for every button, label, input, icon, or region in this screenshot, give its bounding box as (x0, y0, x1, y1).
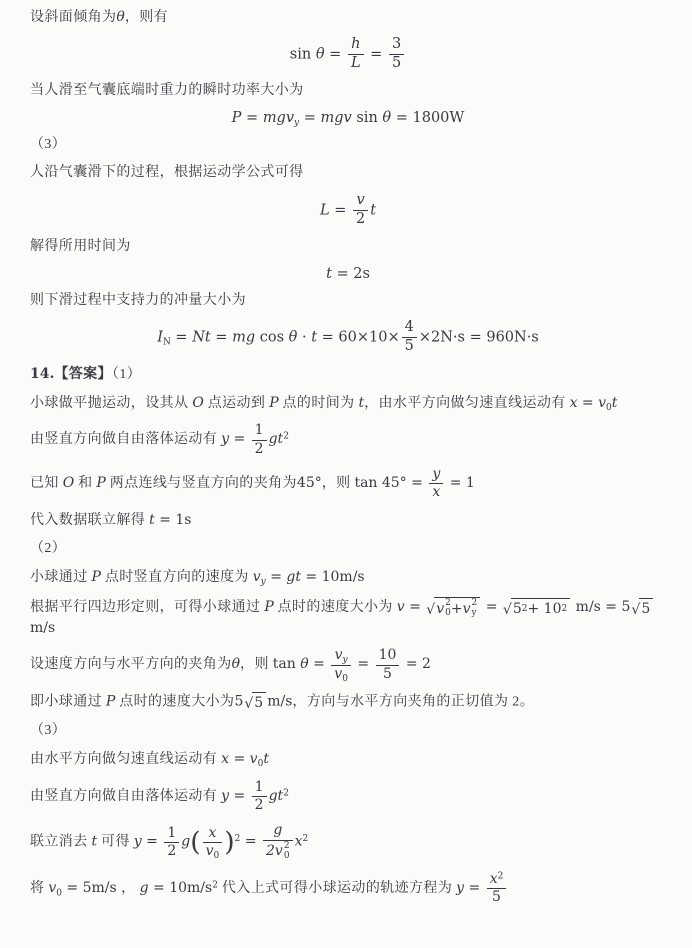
math-var: v (598, 395, 606, 411)
subscript: y (343, 655, 348, 665)
radical-sign: √ (244, 697, 253, 712)
fraction: 12 (252, 780, 267, 814)
fraction: yx (429, 467, 443, 501)
math-run: ×2N·s = 960N·s (419, 329, 539, 345)
math-var: P (269, 395, 278, 411)
question-number: 14. (30, 366, 54, 382)
text-run: 联立消去 (30, 835, 92, 850)
label-part2-q14: （2） (30, 540, 666, 558)
text-run: 小球做平抛运动，设其从 (30, 396, 192, 411)
frac-denominator: 2 (252, 441, 267, 457)
frac-numerator: 10 (376, 648, 400, 665)
frac-denominator: 5 (376, 666, 400, 682)
text-run: ，则 (322, 476, 355, 491)
line-power-intro: 当人滑至气囊底端时重力的瞬时功率大小为 (30, 82, 666, 100)
formula-impulse: IN = Nt = mg cos θ · t = 60×10×45×2N·s =… (30, 320, 666, 355)
math-var: L (320, 202, 330, 218)
line-solve-time: 解得所用时间为 (30, 238, 666, 256)
heading-answer-14: 14.【答案】（1） (30, 365, 666, 384)
text-run: 点时的速度大小为 (274, 600, 397, 615)
text-run: 则下滑过程中支持力的冲量大小为 (30, 293, 246, 308)
math-run: = (325, 47, 346, 63)
superscript: 2 (498, 871, 504, 881)
math-run: = (309, 656, 330, 672)
math-run: = (481, 599, 502, 615)
math-var: v (436, 600, 444, 618)
math-run: = (229, 751, 250, 767)
math-run: = (142, 834, 163, 850)
text-run: 点的时间为 (279, 396, 359, 411)
math-run: = 10m/s (301, 569, 365, 585)
frac-denominator: 5 (487, 889, 507, 905)
subscript: y (472, 609, 478, 619)
frac-numerator: 4 (402, 320, 417, 338)
math-var: y (221, 431, 229, 447)
frac-denominator: v0 (203, 843, 223, 859)
math-var: P (264, 599, 273, 615)
fraction: 45 (402, 320, 417, 355)
math-run: 5 (513, 600, 522, 618)
label-part3-q13: （3） (30, 136, 666, 154)
text-run: 设速度方向与水平方向的夹角为 (30, 657, 232, 672)
math-run: = 5m/s ， (62, 880, 140, 896)
math-var: t (612, 395, 618, 411)
math-run: = (266, 569, 287, 585)
math-var: Nt (192, 329, 211, 345)
frac-denominator: 2 (252, 797, 267, 813)
math-run: 45° (297, 475, 322, 491)
frac-numerator: y (429, 467, 443, 484)
fraction: 35 (389, 37, 404, 72)
stacked-supsub: 2y (472, 599, 478, 619)
math-run: = (330, 202, 351, 218)
frac-denominator: 2 (353, 211, 368, 228)
math-var: y (134, 834, 142, 850)
math-run: = (241, 110, 262, 126)
math-var: θ (116, 9, 124, 25)
math-var: v (335, 647, 343, 663)
fraction: 105 (376, 648, 400, 682)
fraction: hL (348, 37, 364, 72)
text-run: 由竖直方向做自由落体运动有 (30, 789, 221, 804)
math-run: sin (290, 47, 316, 63)
math-run: = 60×10× (317, 329, 400, 345)
superscript: 2 (283, 788, 289, 798)
math-run: = 1 (445, 475, 475, 491)
math-run: = (366, 47, 387, 63)
text-run: 两点连线与竖直方向的夹角为 (106, 476, 297, 491)
text-run: 点运动到 (204, 396, 269, 411)
math-var: x (490, 871, 498, 887)
math-var: mg (232, 329, 255, 345)
subscript: 0 (284, 852, 290, 862)
math-var: 2v (266, 843, 283, 859)
math-run: = 2 (401, 656, 431, 672)
math-run: = (240, 834, 261, 850)
math-var: v (206, 843, 214, 859)
line-solve-t: 代入数据联立解得 t = 1s (30, 511, 666, 530)
text-run: 即小球通过 (30, 694, 106, 709)
frac-denominator: 5 (402, 338, 417, 355)
math-var: v (463, 600, 471, 618)
frac-numerator: v (353, 193, 368, 211)
math-run: = (171, 329, 192, 345)
math-run: = (464, 880, 485, 896)
subscript: 0 (214, 851, 220, 861)
formula-power: P = mgvy = mgv sin θ = 1800W (30, 110, 666, 126)
superscript: 2 (283, 432, 289, 442)
line-slide-process: 人沿气囊滑下的过程，根据运动学公式可得 (30, 164, 666, 182)
radical-sign: √ (631, 603, 640, 618)
math-run: = 2s (332, 266, 370, 282)
math-var: P (96, 475, 105, 491)
text-run: ，由水平方向做匀速直线运动有 (364, 396, 570, 411)
line-vertical-freefall-1: 由竖直方向做自由落体运动有 y = 12gt2 (30, 423, 666, 457)
text-run: 和 (74, 476, 96, 491)
math-var: v (397, 599, 405, 615)
math-var: P (106, 693, 115, 709)
text-run: 设斜面倾角为 (30, 10, 116, 25)
math-run: tan (273, 656, 300, 672)
line-trajectory: 将 v0 = 5m/s ， g = 10m/s2 代入上式可得小球运动的轨迹方程… (30, 872, 666, 906)
frac-numerator: x (203, 826, 223, 843)
frac-numerator: 1 (252, 423, 267, 440)
frac-numerator: 3 (389, 37, 404, 55)
math-var: t (370, 202, 376, 218)
text-run: 根据平行四边形定则，可得小球通过 (30, 600, 264, 615)
text-run: 将 (30, 881, 48, 896)
text-run: （3） (30, 137, 66, 152)
frac-numerator: vy (331, 648, 351, 665)
math-var: gt (286, 569, 301, 585)
line-incline-setup: 设斜面倾角为θ，则有 (30, 8, 666, 27)
formula-time: t = 2s (30, 266, 666, 282)
math-run: = (211, 329, 232, 345)
radicand: 52 + 102 (511, 598, 570, 618)
line-conclusion-p: 即小球通过 P 点时的速度大小为5√5m/s，方向与水平方向夹角的正切值为 2。 (30, 692, 666, 712)
math-var: gt (269, 431, 284, 447)
label-part3-q14: （3） (30, 722, 666, 740)
math-var: mgv (263, 110, 294, 126)
square-root: √v20 + v2y (426, 597, 480, 619)
formula-sin-theta: sin θ = hL = 35 (30, 37, 666, 72)
math-var: g (140, 880, 149, 896)
math-var: θ (232, 656, 240, 672)
left-paren: ( (190, 827, 200, 858)
right-paren: ) (224, 827, 234, 858)
text-run: 小球通过 (30, 570, 92, 585)
math-var: O (63, 475, 74, 491)
math-run: = 10m/s (149, 880, 213, 896)
fraction: 12 (252, 423, 267, 457)
square-root: √52 + 102 (503, 598, 570, 618)
text-run: 点时的速度大小为 (115, 694, 234, 709)
radical-sign: √ (426, 603, 435, 618)
math-var: O (192, 395, 203, 411)
math-run: sin (352, 110, 383, 126)
math-var: y (221, 788, 229, 804)
math-var: x (221, 751, 229, 767)
frac-numerator: g (263, 823, 293, 840)
math-run: = (353, 656, 374, 672)
math-var: v (334, 666, 342, 682)
square-root: √5 (631, 598, 653, 618)
frac-denominator: L (348, 55, 364, 72)
radicand: 5 (639, 598, 653, 618)
math-var: y (456, 880, 464, 896)
line-velocity-angle: 设速度方向与水平方向的夹角为θ，则 tan θ = vyv0 = 105 = 2 (30, 648, 666, 682)
line-horizontal-2: 由水平方向做匀速直线运动有 x = v0t (30, 750, 666, 769)
line-vertical-freefall-2: 由竖直方向做自由落体运动有 y = 12gt2 (30, 780, 666, 814)
math-run: = (229, 431, 250, 447)
stacked-supsub: 20 (284, 842, 290, 862)
math-run: 5 (234, 693, 243, 709)
frac-numerator: h (348, 37, 364, 55)
frac-denominator: x (429, 484, 443, 500)
text-run: ，则 (240, 657, 273, 672)
math-var: P (232, 110, 242, 126)
text-run: （3） (30, 723, 66, 738)
math-run: + (451, 600, 463, 618)
math-run: = 1800W (391, 110, 464, 126)
text-run: 由水平方向做匀速直线运动有 (30, 752, 221, 767)
frac-denominator: 5 (389, 55, 404, 72)
radicand: v20 + v2y (434, 597, 480, 619)
frac-denominator: 2v20 (263, 841, 293, 862)
math-var: mgv (321, 110, 352, 126)
math-run: = (577, 395, 598, 411)
math-var: v (250, 751, 258, 767)
subscript: 0 (342, 674, 348, 684)
math-var: v (253, 569, 261, 585)
text-run: 人沿气囊滑下的过程，根据运动学公式可得 (30, 165, 304, 180)
math-run: m/s (30, 620, 55, 636)
line-projectile-horizontal: 小球做平抛运动，设其从 O 点运动到 P 点的时间为 t，由水平方向做匀速直线运… (30, 394, 666, 413)
math-var: g (181, 834, 190, 850)
radical-sign: √ (503, 603, 512, 618)
frac-numerator: x2 (487, 872, 507, 889)
text-run: （2） (30, 541, 66, 556)
fraction: xv0 (203, 826, 223, 860)
math-run: = (299, 110, 320, 126)
text-run: 由竖直方向做自由落体运动有 (30, 432, 221, 447)
math-var: t (263, 751, 269, 767)
math-var: P (92, 569, 101, 585)
text-run: 可得 (97, 835, 134, 850)
math-run: m/s (267, 693, 292, 709)
fraction: 12 (164, 826, 179, 860)
line-vertical-velocity: 小球通过 P 点时竖直方向的速度为 vy = gt = 10m/s (30, 568, 666, 587)
fraction: x25 (487, 872, 507, 906)
math-run: + 10 (527, 600, 561, 618)
text-run: 已知 (30, 476, 63, 491)
line-impulse-intro: 则下滑过程中支持力的冲量大小为 (30, 292, 666, 310)
subscript: N (163, 337, 171, 347)
fraction: g2v20 (263, 823, 293, 861)
part-label: （1） (112, 367, 141, 382)
math-run: m/s = 5 (571, 599, 630, 615)
text-run: 解得所用时间为 (30, 239, 131, 254)
superscript: 2 (302, 834, 308, 844)
answer-label: 【答案】 (54, 367, 112, 382)
math-var: θ (316, 47, 325, 63)
frac-denominator: 2 (164, 843, 179, 859)
math-run: tan 45° = (354, 475, 427, 491)
line-eliminate-t: 联立消去 t 可得 y = 12g(xv0)2 = g2v20x2 (30, 823, 666, 861)
formula-distance: L = v2t (30, 193, 666, 228)
frac-numerator: 1 (164, 826, 179, 843)
text-run: 代入数据联立解得 (30, 513, 149, 528)
radicand: 5 (252, 692, 266, 712)
math-run: = 1s (155, 512, 192, 528)
math-run: cos (255, 329, 289, 345)
frac-numerator: 1 (252, 780, 267, 797)
line-angle-45: 已知 O 和 P 两点连线与竖直方向的夹角为45°，则 tan 45° = yx… (30, 467, 666, 501)
fraction: vyv0 (331, 648, 351, 682)
text-run: ，则有 (125, 10, 168, 25)
document-page: 设斜面倾角为θ，则有 sin θ = hL = 35 当人滑至气囊底端时重力的瞬… (0, 0, 692, 905)
math-var: gt (269, 788, 284, 804)
math-run: = (229, 788, 250, 804)
text-run: 当人滑至气囊底端时重力的瞬时功率大小为 (30, 83, 304, 98)
frac-denominator: v0 (331, 666, 351, 682)
math-var: θ (382, 110, 391, 126)
line-parallelogram-speed: 根据平行四边形定则，可得小球通过 P 点时的速度大小为 v = √v20 + v… (30, 597, 666, 638)
square-root: √5 (244, 692, 266, 712)
math-run: = (405, 599, 426, 615)
text-run: ，方向与水平方向夹角的正切值为 2。 (292, 694, 534, 709)
math-run: · (297, 329, 311, 345)
text-run: 代入上式可得小球运动的轨迹方程为 (218, 881, 456, 896)
text-run: 点时竖直方向的速度为 (101, 570, 253, 585)
math-var: θ (300, 656, 308, 672)
fraction: v2 (353, 193, 368, 228)
